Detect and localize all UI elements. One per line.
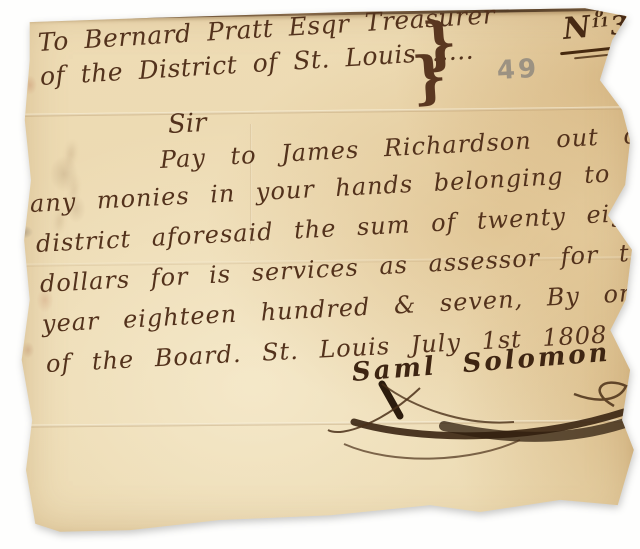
paper-shadow-wrapper: To Bernard Pratt Esqr Treasurer of the D…: [18, 4, 635, 536]
ink-specks: [18, 4, 20, 6]
doc-number-letter: N: [561, 10, 591, 47]
header-brace-2: }: [410, 42, 449, 111]
signature-flourish: [324, 382, 640, 474]
scanned-document-page: To Bernard Pratt Esqr Treasurer of the D…: [0, 0, 640, 549]
salutation: Sir: [167, 108, 207, 140]
manuscript-paper: To Bernard Pratt Esqr Treasurer of the D…: [18, 4, 635, 536]
doc-number-value: 30: [609, 9, 640, 42]
pencil-number: 49: [496, 54, 540, 86]
doc-number-subscript: 11: [591, 18, 610, 30]
